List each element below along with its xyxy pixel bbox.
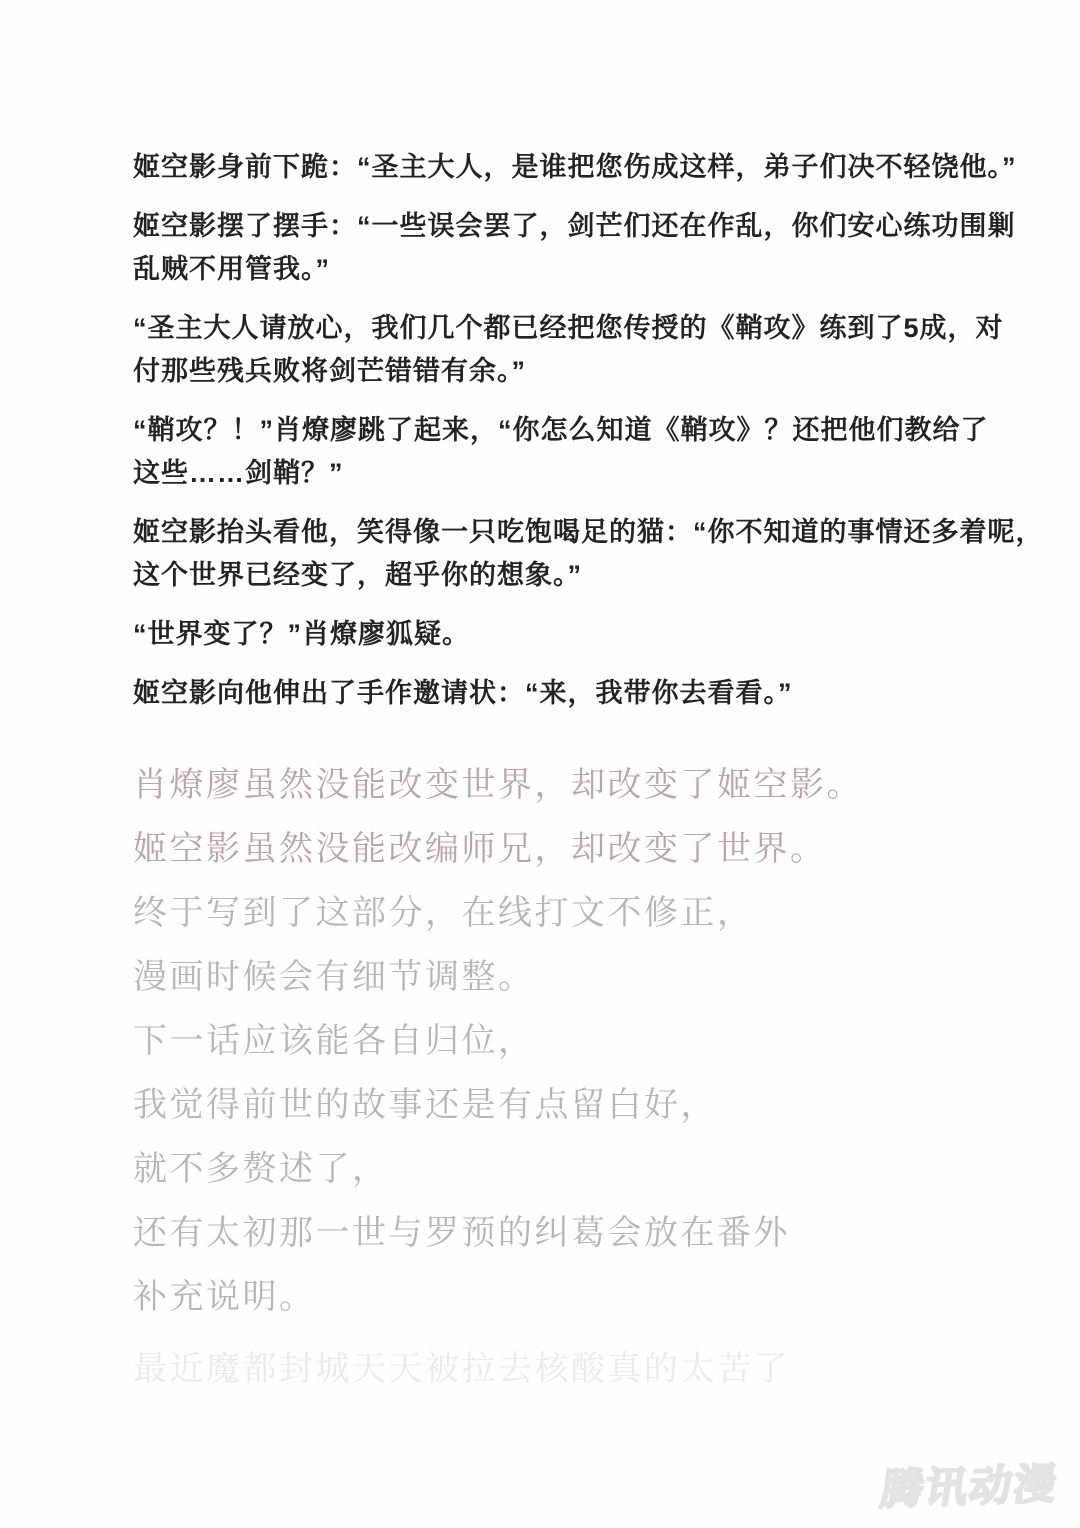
story-paragraph: 姬空影摆了摆手：“一些误会罢了，剑芒们还在作乱，你们安心练功围剿 乱贼不用管我。… xyxy=(133,205,1000,291)
story-paragraph: “圣主大人请放心，我们几个都已经把您传授的《鞘攻》练到了5成，对 付那些残兵败将… xyxy=(133,307,1000,393)
story-line: 姬空影抬头看他，笑得像一只吃饱喝足的猫：“你不知道的事情还多着呢， xyxy=(133,511,1000,554)
story-paragraph: 姬空影向他伸出了手作邀请状：“来，我带你去看看。” xyxy=(133,672,1000,715)
story-paragraph: 姬空影抬头看他，笑得像一只吃饱喝足的猫：“你不知道的事情还多着呢， 这个世界已经… xyxy=(133,511,1000,597)
story-paragraph: “世界变了？”肖燎廖狐疑。 xyxy=(133,613,1000,656)
story-line: 这个世界已经变了，超乎你的想象。” xyxy=(133,554,1000,597)
story-line: 这些……剑鞘？” xyxy=(133,452,1000,495)
story-paragraph: 姬空影身前下跪：“圣主大人，是谁把您伤成这样，弟子们决不轻饶他。” xyxy=(133,146,1000,189)
afterword-note-line: 还有太初那一世与罗预的纠葛会放在番外 xyxy=(133,1201,1020,1265)
afterword-note-line: 我觉得前世的故事还是有点留白好， xyxy=(133,1073,1020,1137)
afterword-note-line: 漫画时候会有细节调整。 xyxy=(133,945,1020,1009)
afterword-faint-line: 最近魔都封城天天被拉去核酸真的太苦了 xyxy=(133,1337,1020,1401)
comic-afterword-page: 姬空影身前下跪：“圣主大人，是谁把您伤成这样，弟子们决不轻饶他。” 姬空影摆了摆… xyxy=(0,0,1080,1528)
afterword-note-line: 补充说明。 xyxy=(133,1265,1020,1329)
story-text-block: 姬空影身前下跪：“圣主大人，是谁把您伤成这样，弟子们决不轻饶他。” 姬空影摆了摆… xyxy=(0,0,1080,715)
author-afterword-block: 肖燎廖虽然没能改变世界，却改变了姬空影。 姬空影虽然没能改编师兄，却改变了世界。… xyxy=(0,731,1080,1401)
story-paragraph: “鞘攻？！”肖燎廖跳了起来，“你怎么知道《鞘攻》？还把他们教给了 这些……剑鞘？… xyxy=(133,409,1000,495)
story-line: “鞘攻？！”肖燎廖跳了起来，“你怎么知道《鞘攻》？还把他们教给了 xyxy=(133,409,1000,452)
story-line: 乱贼不用管我。” xyxy=(133,248,1000,291)
story-line: 姬空影摆了摆手：“一些误会罢了，剑芒们还在作乱，你们安心练功围剿 xyxy=(133,205,1000,248)
story-line: “圣主大人请放心，我们几个都已经把您传授的《鞘攻》练到了5成，对 xyxy=(133,307,1000,350)
afterword-note-line: 下一话应该能各自归位， xyxy=(133,1009,1020,1073)
story-line: 付那些残兵败将剑芒错错有余。” xyxy=(133,350,1000,393)
story-line: “世界变了？”肖燎廖狐疑。 xyxy=(133,613,1000,656)
story-line: 姬空影身前下跪：“圣主大人，是谁把您伤成这样，弟子们决不轻饶他。” xyxy=(133,146,1000,189)
story-line: 姬空影向他伸出了手作邀请状：“来，我带你去看看。” xyxy=(133,672,1000,715)
afterword-pink-line: 姬空影虽然没能改编师兄，却改变了世界。 xyxy=(133,817,1020,881)
afterword-note-line: 终于写到了这部分，在线打文不修正， xyxy=(133,881,1020,945)
tencent-comics-watermark: 腾讯动漫 xyxy=(877,1451,1062,1517)
afterword-note-line: 就不多赘述了， xyxy=(133,1137,1020,1201)
afterword-pink-line: 肖燎廖虽然没能改变世界，却改变了姬空影。 xyxy=(133,753,1020,817)
